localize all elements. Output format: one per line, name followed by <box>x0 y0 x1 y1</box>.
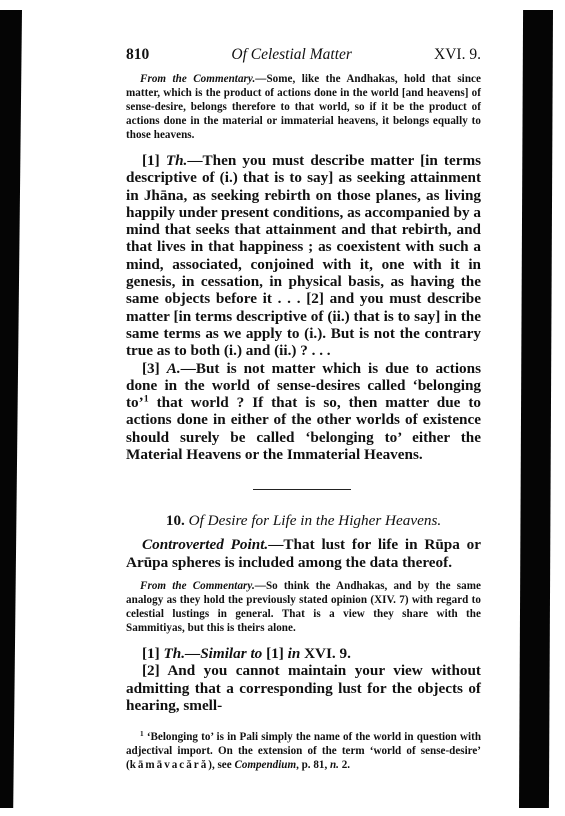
paragraph-10-2: [2] And you cannot maintain your view wi… <box>126 662 481 714</box>
note-label: n. <box>330 759 339 771</box>
page-number: 810 <box>126 46 149 64</box>
reference-marker: [1] <box>266 645 284 662</box>
controverted-point-label: Controverted Point. <box>142 536 268 553</box>
paragraph-marker: [3] <box>142 360 160 377</box>
cross-reference[interactable]: XVI. 9. <box>304 645 351 662</box>
section-number: 10. <box>166 512 185 529</box>
note-value: 2. <box>339 759 350 771</box>
speaker-label: Th. <box>164 645 186 662</box>
section-heading: 10. Of Desire for Life in the Higher Hea… <box>126 512 481 530</box>
section-title: Of Desire for Life in the Higher Heavens… <box>189 512 442 529</box>
section-reference: XVI. 9. <box>434 46 481 64</box>
in-word: in <box>288 645 301 662</box>
book-page: 810 Of Celestial Matter XVI. 9. From the… <box>126 46 481 772</box>
speaker-label: Th. <box>166 152 188 169</box>
paragraph-marker: [1] <box>142 645 160 662</box>
paragraph-10-1: [1] Th.—Similar to [1] in XVI. 9. <box>126 645 481 662</box>
paragraph-marker: [2] <box>142 662 160 679</box>
commentary-label: From the Commentary. <box>140 580 255 592</box>
speaker-label: A. <box>167 360 181 377</box>
pali-term: kāmāvacără <box>130 759 209 771</box>
footnote-text-2: ), see <box>208 759 234 771</box>
similar-to-text: —Similar to <box>185 645 262 662</box>
section-divider <box>253 489 351 490</box>
footnote-number: 1 <box>140 730 144 738</box>
commentary-label: From the Commentary. <box>140 73 255 85</box>
book-title: Compendium <box>234 759 296 771</box>
scan-right-edge <box>519 10 553 808</box>
commentary-paragraph-2: From the Commentary.—So think the Andhak… <box>126 579 481 635</box>
paragraph-marker: [1] <box>142 152 160 169</box>
paragraph-text-continued: that world ? If that is so, then matter … <box>126 394 481 463</box>
running-title: Of Celestial Matter <box>231 46 352 64</box>
paragraph-text: —Then you must describe matter [in terms… <box>126 152 481 359</box>
paragraph-3: [3] A.—But is not matter which is due to… <box>126 360 481 464</box>
commentary-paragraph-1: From the Commentary.—Some, like the Andh… <box>126 72 481 142</box>
paragraph-1: [1] Th.—Then you must describe matter [i… <box>126 152 481 360</box>
footnote-text-3: , p. 81, <box>296 759 330 771</box>
scan-left-edge <box>0 10 22 808</box>
controverted-point: Controverted Point.—That lust for life i… <box>126 536 481 571</box>
footnote: 1 ‘Belonging to’ is in Pali simply the n… <box>126 730 481 772</box>
paragraph-text: And you cannot maintain your view withou… <box>126 662 481 714</box>
running-head: 810 Of Celestial Matter XVI. 9. <box>126 46 481 68</box>
